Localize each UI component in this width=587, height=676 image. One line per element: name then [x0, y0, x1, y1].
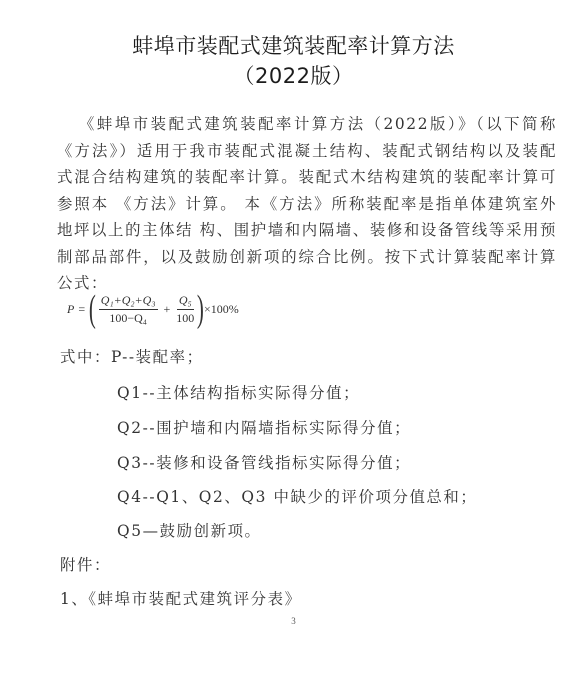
assembly-rate-formula: P = ( Q₁+Q₂+Q₃ 100−Q₄ + Q₅ 100 ) ×100%	[67, 285, 239, 333]
paragraph-line: 参照本 《方法》计算。 本《方法》所称装配率是指单体建筑室外	[57, 191, 557, 218]
intro-paragraph: 《蚌埠市装配式建筑装配率计算方法（2022版）》（以下简称 《方法》）适用于我市…	[57, 111, 557, 297]
formula-multiplier: ×100%	[204, 302, 239, 317]
definition-item: Q1--主体结构指标实际得分值；	[117, 381, 360, 403]
paragraph-line: 式混合结构建筑的装配率计算。装配式木结构建筑的装配率计算可	[57, 164, 557, 191]
document-subtitle-version: （2022版）	[0, 60, 587, 90]
attachments-label: 附件：	[60, 553, 111, 575]
fraction-denominator: 100	[176, 310, 194, 326]
paragraph-line: 《蚌埠市装配式建筑装配率计算方法（2022版）》（以下简称	[57, 111, 557, 138]
definition-item: Q2--围护墙和内隔墙指标实际得分值；	[117, 416, 411, 438]
definition-item: Q4--Q1、Q2、Q3 中缺少的评价项分值总和；	[117, 485, 477, 507]
paragraph-line: 地坪以上的主体结 构、围护墙和内隔墙、装修和设备管线等采用预	[57, 217, 557, 244]
definitions-header: 式中：P--装配率；	[60, 345, 204, 367]
formula-lhs: P	[67, 302, 74, 317]
attachment-item: 1、《蚌埠市装配式建筑评分表》	[60, 587, 302, 609]
right-paren-icon: )	[197, 290, 204, 328]
paragraph-line: 制部品部件，以及鼓励创新项的综合比例。按下式计算装配率计算	[57, 244, 557, 271]
formula-plus: +	[164, 302, 171, 317]
definition-item: Q3--装修和设备管线指标实际得分值；	[117, 451, 411, 473]
document-title: 蚌埠市装配式建筑装配率计算方法	[0, 30, 587, 60]
page-number: 3	[0, 616, 587, 626]
formula-fraction-2: Q₅ 100	[176, 293, 194, 326]
formula-equals: =	[78, 302, 85, 317]
paragraph-line: 《方法》）适用于我市装配式混凝土结构、装配式钢结构以及装配	[57, 138, 557, 165]
left-paren-icon: (	[89, 290, 96, 328]
fraction-numerator: Q₁+Q₂+Q₃	[99, 293, 158, 310]
fraction-denominator: 100−Q₄	[109, 310, 147, 326]
fraction-numerator: Q₅	[177, 293, 194, 310]
formula-fraction-1: Q₁+Q₂+Q₃ 100−Q₄	[99, 293, 158, 326]
definition-item: Q5—鼓励创新项。	[117, 519, 262, 541]
